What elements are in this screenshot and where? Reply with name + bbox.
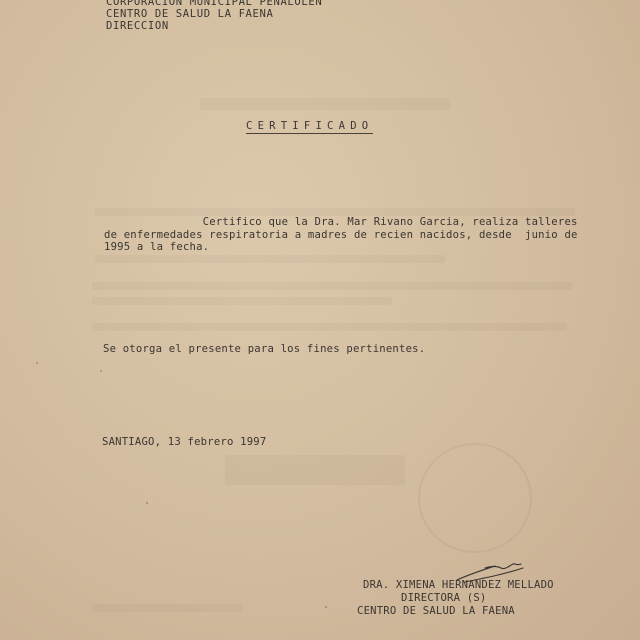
signatory-role: DIRECTORA (S) [401,592,487,604]
document-title: CERTIFICADO [246,120,373,134]
body-line: Certifico que la Dra. Mar Rivano Garcia,… [104,216,578,228]
paper-speck [146,502,148,504]
bleed-through-text [92,282,572,290]
faded-stamp [418,443,532,553]
bleed-through-text [92,297,392,305]
signatory-institution: CENTRO DE SALUD LA FAENA [357,605,515,617]
bleed-through-text [92,604,242,612]
paper-speck [100,370,102,372]
letterhead-line-center: CENTRO DE SALUD LA FAENA [106,8,273,20]
bleed-through-text [200,98,450,110]
bleed-through-text [95,208,575,216]
closing-statement: Se otorga el presente para los fines per… [103,343,425,355]
letterhead-line-direction: DIRECCION [106,20,169,32]
bleed-through-text [225,455,405,485]
paper-speck [36,362,38,364]
bleed-through-text [95,255,445,263]
paper-speck [325,606,327,608]
place-and-date: SANTIAGO, 13 febrero 1997 [102,436,266,448]
bleed-through-text [92,323,567,331]
certificate-document: CORPORACION MUNICIPAL PENALOLEN CENTRO D… [0,0,640,640]
letterhead-line-corporation: CORPORACION MUNICIPAL PENALOLEN [106,0,322,8]
body-line: de enfermedades respiratoria a madres de… [104,229,578,241]
body-line: 1995 a la fecha. [104,241,209,253]
signatory-name: DRA. XIMENA HERNANDEZ MELLADO [363,579,554,591]
